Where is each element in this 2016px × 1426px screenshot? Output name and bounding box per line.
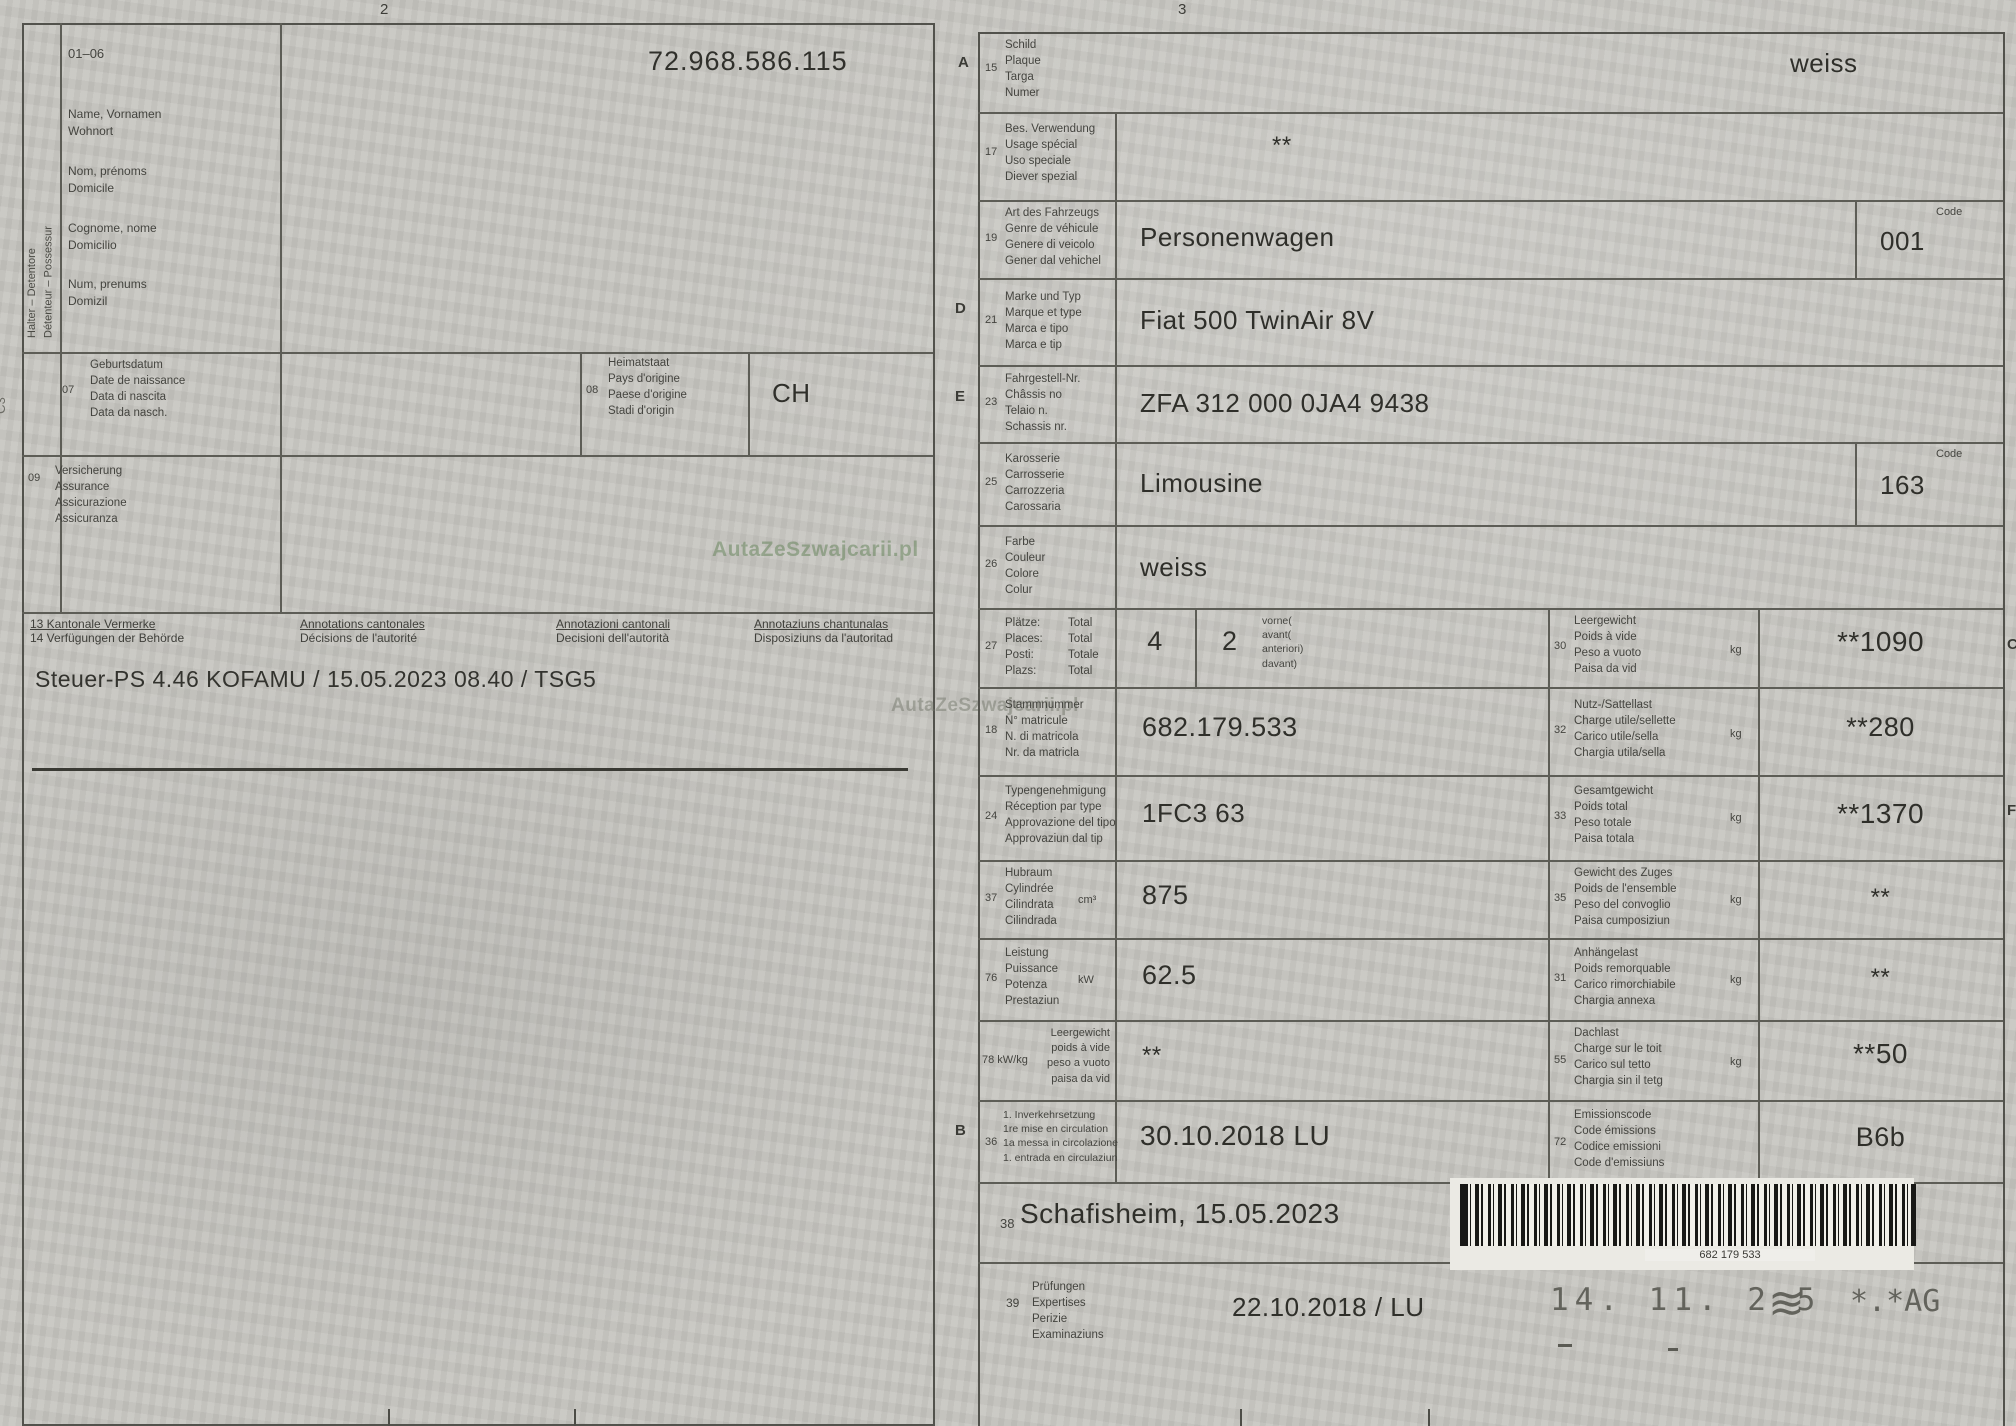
field-07-label: Geburtsdatum Date de naissance Data di n… xyxy=(90,358,185,421)
field-37-unit: cm³ xyxy=(1078,894,1096,906)
field-25-value: Limousine xyxy=(1140,468,1263,499)
field-33-label: Gesamtgewicht Poids total Peso totale Pa… xyxy=(1574,784,1653,847)
field-72-label: Emissionscode Code émissions Codice emis… xyxy=(1574,1108,1664,1171)
grid-line xyxy=(280,23,282,612)
registration-tick xyxy=(388,1409,390,1426)
field-37-value: 875 xyxy=(1142,880,1189,911)
field-09-number: 09 xyxy=(28,472,40,484)
field-35-label: Gewicht des Zuges Poids de l'ensemble Pe… xyxy=(1574,866,1677,929)
field-27-seats-total: 4 xyxy=(1115,626,1195,657)
field-37-label: Hubraum Cylindrée Cilindrata Cilindrada xyxy=(1005,866,1057,929)
cantonal-header-col2: Annotations cantonales Décisions de l'au… xyxy=(300,617,425,645)
field-38-value: Schafisheim, 15.05.2023 xyxy=(1020,1198,1340,1230)
field-33-number: 33 xyxy=(1554,810,1566,822)
field-36-value: 30.10.2018 LU xyxy=(1140,1120,1330,1152)
field-78-value: ** xyxy=(1142,1042,1162,1070)
grid-line xyxy=(978,525,2003,527)
stamp-underline-mark xyxy=(1668,1348,1678,1351)
left-page-border xyxy=(22,23,935,1426)
field-07-number: 07 xyxy=(62,384,74,396)
field-15-number: 15 xyxy=(985,62,997,74)
left-page-number: 2 xyxy=(380,1,388,18)
field-01-06-number: 01–06 xyxy=(68,46,104,61)
field-32-label: Nutz-/Sattellast Charge utile/sellette C… xyxy=(1574,698,1676,761)
grid-line xyxy=(978,278,2003,280)
field-30-value: **1090 xyxy=(1758,626,2003,658)
grid-line xyxy=(580,352,582,455)
field-33-unit: kg xyxy=(1730,812,1742,824)
field-55-value: **50 xyxy=(1758,1038,2003,1070)
field-15-label: Schild Plaque Targa Numer xyxy=(1005,38,1041,101)
field-35-number: 35 xyxy=(1554,892,1566,904)
field-55-label: Dachlast Charge sur le toit Carico sul t… xyxy=(1574,1026,1663,1089)
field-36-number: 36 xyxy=(985,1136,997,1148)
watermark: AutaZeSzwajcarii.pl xyxy=(712,538,919,562)
field-19-code-value: 001 xyxy=(1880,226,1925,257)
field-17-value: ** xyxy=(1272,132,1292,160)
grid-line xyxy=(1855,442,1857,525)
field-24-value: 1FC3 63 xyxy=(1142,798,1245,829)
field-24-number: 24 xyxy=(985,810,997,822)
registration-tick xyxy=(574,1409,576,1426)
barcode-number: 682 179 533 xyxy=(1645,1249,1815,1261)
grid-line xyxy=(22,352,933,354)
field-36-label: 1. Inverkehrsetzung 1re mise en circulat… xyxy=(1003,1108,1118,1165)
field-23-label: Fahrgestell-Nr. Châssis no Telaio n. Sch… xyxy=(1005,372,1080,435)
grid-line xyxy=(978,365,2003,367)
field-21-label: Marke und Typ Marque et type Marca e tip… xyxy=(1005,290,1082,353)
field-17-number: 17 xyxy=(985,146,997,158)
vehicle-registration-scan: 2 Halter – Detentore Détenteur – Possess… xyxy=(0,0,2016,1426)
registration-tick xyxy=(1428,1409,1430,1426)
field-19-code-label: Code xyxy=(1936,206,1962,218)
signature-line xyxy=(32,768,908,771)
field-76-unit: kW xyxy=(1078,974,1094,986)
field-25-code-value: 163 xyxy=(1880,470,1925,501)
cantonal-header-col3: Annotazioni cantonali Decisioni dell'aut… xyxy=(556,617,670,645)
field-55-number: 55 xyxy=(1554,1054,1566,1066)
field-30-unit: kg xyxy=(1730,644,1742,656)
field-35-unit: kg xyxy=(1730,894,1742,906)
field-76-number: 76 xyxy=(985,972,997,984)
document-number: 72.968.586.115 xyxy=(648,46,848,77)
field-25-code-label: Code xyxy=(1936,448,1962,460)
grid-line xyxy=(978,608,2003,610)
holder-strip-label: Halter – Detentore Détenteur – Possessur xyxy=(24,88,60,338)
grid-line xyxy=(978,775,2003,777)
field-21-value: Fiat 500 TwinAir 8V xyxy=(1140,305,1374,336)
field-38-number: 38 xyxy=(1000,1216,1014,1231)
field-39-number: 39 xyxy=(1006,1296,1019,1310)
field-32-unit: kg xyxy=(1730,728,1742,740)
field-08-label: Heimatstaat Pays d'origine Paese d'origi… xyxy=(608,356,687,419)
field-32-value: **280 xyxy=(1758,712,2003,743)
stamp-wave-icon: ≋ xyxy=(1768,1278,1805,1329)
section-letter-a: A xyxy=(958,54,969,71)
barcode xyxy=(1460,1184,1916,1246)
field-01-06-label-de: Name, Vornamen Wohnort xyxy=(68,106,161,139)
edge-form-code: C3 xyxy=(0,397,8,414)
grid-line xyxy=(978,1100,2003,1102)
cantonal-header-col4-line2: Disposiziuns da l'autoritad xyxy=(754,631,893,645)
field-72-number: 72 xyxy=(1554,1136,1566,1148)
right-page-number: 3 xyxy=(1178,1,1186,18)
field-32-number: 32 xyxy=(1554,724,1566,736)
cantonal-header-col4-line1: Annotaziuns chantunalas xyxy=(754,617,893,631)
section-letter-b: B xyxy=(955,1122,966,1139)
cantonal-header-col1: 13 Kantonale Vermerke 14 Verfügungen der… xyxy=(30,617,184,645)
grid-line xyxy=(978,200,2003,202)
field-23-value: ZFA 312 000 0JA4 9438 xyxy=(1140,388,1430,419)
field-26-number: 26 xyxy=(985,558,997,570)
field-21-number: 21 xyxy=(985,314,997,326)
field-25-number: 25 xyxy=(985,476,997,488)
field-30-label: Leergewicht Poids à vide Peso a vuoto Pa… xyxy=(1574,614,1641,677)
section-letter-e: E xyxy=(955,388,965,405)
cantonal-note: Steuer-PS 4.46 KOFAMU / 15.05.2023 08.40… xyxy=(35,666,596,693)
field-09-label: Versicherung Assurance Assicurazione Ass… xyxy=(55,464,127,527)
grid-line xyxy=(978,860,2003,862)
grid-line xyxy=(1855,200,1857,278)
field-35-value: ** xyxy=(1758,884,2003,912)
grid-line xyxy=(978,112,2003,114)
field-27-front-label: vorne( avant( anteriori) davant) xyxy=(1262,614,1303,671)
edge-letter-f: F xyxy=(2007,802,2016,819)
field-01-06-label-rm: Num, prenums Domizil xyxy=(68,276,147,309)
section-letter-d: D xyxy=(955,300,966,317)
cantonal-header-col3-line2: Decisioni dell'autorità xyxy=(556,631,670,645)
field-19-label: Art des Fahrzeugs Genre de véhicule Gene… xyxy=(1005,206,1101,269)
field-72-value: B6b xyxy=(1758,1122,2003,1153)
field-18-value: 682.179.533 xyxy=(1142,712,1298,743)
field-78-label: Leergewicht poids à vide peso a vuoto pa… xyxy=(1030,1026,1110,1087)
field-78-number: 78 kW/kg xyxy=(982,1054,1028,1066)
grid-line xyxy=(22,455,933,457)
field-23-number: 23 xyxy=(985,396,997,408)
cantonal-header-col2-line1: Annotations cantonales xyxy=(300,617,425,631)
cantonal-header-col1-line1: 13 Kantonale Vermerke xyxy=(30,617,184,631)
field-27-label-words: Plätze: Places: Posti: Plazs: xyxy=(1005,616,1043,679)
field-24-label: Typengenehmigung Réception par type Appr… xyxy=(1005,784,1116,847)
edge-letter-c: C xyxy=(2007,636,2016,653)
field-18-number: 18 xyxy=(985,724,997,736)
cantonal-header-col2-line2: Décisions de l'autorité xyxy=(300,631,425,645)
field-19-number: 19 xyxy=(985,232,997,244)
grid-line xyxy=(978,1020,2003,1022)
cantonal-header-col4: Annotaziuns chantunalas Disposiziuns da … xyxy=(754,617,893,645)
grid-line xyxy=(1195,608,1197,687)
field-31-unit: kg xyxy=(1730,974,1742,986)
field-01-06-label-fr: Nom, prénoms Domicile xyxy=(68,163,147,196)
field-19-value: Personenwagen xyxy=(1140,222,1334,253)
field-17-label: Bes. Verwendung Usage spécial Uso specia… xyxy=(1005,122,1095,185)
stamp-underline-mark xyxy=(1558,1344,1572,1347)
field-15-value: weiss xyxy=(1790,48,1858,79)
field-25-label: Karosserie Carrosserie Carrozzeria Caros… xyxy=(1005,452,1064,515)
grid-line xyxy=(978,442,2003,444)
field-76-label: Leistung Puissance Potenza Prestaziun xyxy=(1005,946,1059,1009)
field-27-seats-front: 2 xyxy=(1222,626,1238,657)
inspection-stamp-canton: *.*AG xyxy=(1850,1284,1940,1319)
field-30-number: 30 xyxy=(1554,640,1566,652)
field-27-label-totals: Total Total Totale Total xyxy=(1068,616,1099,679)
field-26-value: weiss xyxy=(1140,552,1208,583)
field-27-number: 27 xyxy=(985,640,997,652)
grid-line xyxy=(978,687,2003,689)
grid-line xyxy=(22,612,933,614)
field-18-label: Stammnummer N° matricule N. di matricola… xyxy=(1005,698,1084,761)
field-08-number: 08 xyxy=(586,384,598,396)
grid-line xyxy=(1548,608,1550,1182)
field-33-value: **1370 xyxy=(1758,798,2003,830)
registration-tick xyxy=(1240,1409,1242,1426)
field-31-number: 31 xyxy=(1554,972,1566,984)
field-76-value: 62.5 xyxy=(1142,960,1197,991)
field-08-value: CH xyxy=(772,378,811,409)
grid-line xyxy=(748,352,750,455)
field-37-number: 37 xyxy=(985,892,997,904)
field-31-label: Anhängelast Poids remorquable Carico rim… xyxy=(1574,946,1676,1009)
field-31-value: ** xyxy=(1758,964,2003,992)
cantonal-header-col3-line1: Annotazioni cantonali xyxy=(556,617,670,631)
grid-line xyxy=(978,938,2003,940)
field-39-label: Prüfungen Expertises Perizie Examinaziun… xyxy=(1032,1280,1104,1343)
field-55-unit: kg xyxy=(1730,1056,1742,1068)
cantonal-header-col1-line2: 14 Verfügungen der Behörde xyxy=(30,631,184,645)
field-39-value: 22.10.2018 / LU xyxy=(1232,1292,1425,1323)
field-26-label: Farbe Couleur Colore Colur xyxy=(1005,535,1045,598)
field-01-06-label-it: Cognome, nome Domicilio xyxy=(68,220,157,253)
